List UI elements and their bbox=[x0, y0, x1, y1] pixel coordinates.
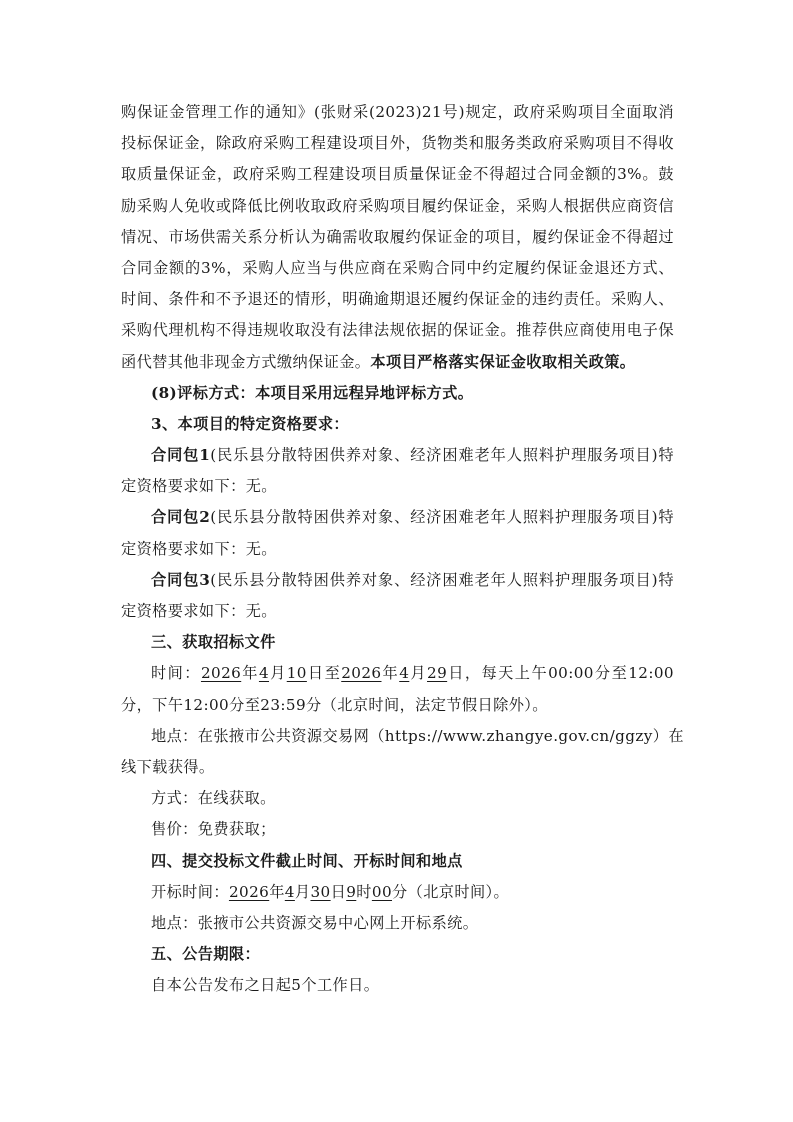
start-year: 2026 bbox=[201, 664, 241, 682]
opening-time-suffix: 分（北京时间）。 bbox=[392, 883, 509, 901]
package-2-desc: (民乐县分散特困供养对象、经济困难老年人照料护理服务项目)特 bbox=[210, 508, 674, 526]
year-char: 年 bbox=[269, 883, 285, 901]
package-1-line-1: 合同包1(民乐县分散特困供养对象、经济困难老年人照料护理服务项目)特 bbox=[121, 440, 674, 471]
opening-time: 开标时间：2026年4月30日9时00分（北京时间）。 bbox=[121, 877, 674, 908]
month-char: 月 bbox=[269, 664, 287, 682]
guarantee-line-3: 取质量保证金，政府采购工程建设项目质量保证金不得超过合同金额的3%。鼓 bbox=[121, 159, 674, 190]
hour-char: 时 bbox=[356, 883, 372, 901]
package-3-label: 合同包3 bbox=[151, 571, 210, 589]
package-3-desc: (民乐县分散特困供养对象、经济困难老年人照料护理服务项目)特 bbox=[210, 571, 674, 589]
obtain-time-line-1: 时间：2026年4月10日至2026年4月29日，每天上午00:00分至12:0… bbox=[121, 658, 674, 689]
guarantee-line-9: 函代替其他非现金方式缴纳保证金。本项目严格落实保证金收取相关政策。 bbox=[121, 347, 674, 378]
daily-hours-text: 日，每天上午00:00分至12:00 bbox=[447, 664, 674, 682]
guarantee-line-6: 合同金额的3%，采购人应当与供应商在采购合同中约定履约保证金退还方式、 bbox=[121, 253, 674, 284]
opening-location: 地点：张掖市公共资源交易中心网上开标系统。 bbox=[121, 908, 674, 939]
open-hour: 9 bbox=[346, 883, 356, 901]
section-3-heading: 三、获取招标文件 bbox=[121, 627, 674, 658]
announcement-period: 自本公告发布之日起5个工作日。 bbox=[121, 970, 674, 1001]
guarantee-line-5: 情况、市场供需关系分析认为确需收取履约保证金的项目，履约保证金不得超过 bbox=[121, 222, 674, 253]
package-1-desc: (民乐县分散特困供养对象、经济困难老年人照料护理服务项目)特 bbox=[210, 446, 674, 464]
obtain-location-line-1: 地点：在张掖市公共资源交易网（https://www.zhangye.gov.c… bbox=[121, 721, 674, 752]
month-char: 月 bbox=[409, 664, 427, 682]
open-minute: 00 bbox=[372, 883, 392, 901]
start-month: 4 bbox=[259, 664, 269, 682]
guarantee-policy-emphasis: 本项目严格落实保证金收取相关政策。 bbox=[370, 353, 635, 371]
package-1-label: 合同包1 bbox=[151, 446, 210, 464]
year-char: 年 bbox=[241, 664, 259, 682]
end-month: 4 bbox=[399, 664, 409, 682]
package-2-line-1: 合同包2(民乐县分散特困供养对象、经济困难老年人照料护理服务项目)特 bbox=[121, 502, 674, 533]
month-char: 月 bbox=[295, 883, 311, 901]
guarantee-line-2: 投标保证金，除政府采购工程建设项目外，货物类和服务类政府采购项目不得收 bbox=[121, 128, 674, 159]
start-day: 10 bbox=[287, 664, 307, 682]
obtain-price: 售价：免费获取； bbox=[121, 814, 674, 845]
guarantee-line-4: 励采购人免收或降低比例收取政府采购项目履约保证金，采购人根据供应商资信 bbox=[121, 191, 674, 222]
obtain-time-line-2: 分，下午12:00分至23:59分（北京时间，法定节假日除外）。 bbox=[121, 690, 674, 721]
package-3-line-1: 合同包3(民乐县分散特困供养对象、经济困难老年人照料护理服务项目)特 bbox=[121, 565, 674, 596]
obtain-time-label: 时间： bbox=[151, 664, 201, 682]
obtain-location-line-2: 线下载获得。 bbox=[121, 752, 674, 783]
section-5-heading: 五、公告期限： bbox=[121, 939, 674, 970]
guarantee-line-8: 采购代理机构不得违规收取没有法律法规依据的保证金。推荐供应商使用电子保 bbox=[121, 315, 674, 346]
guarantee-line-1: 购保证金管理工作的通知》(张财采(2023)21号)规定，政府采购项目全面取消 bbox=[121, 97, 674, 128]
day-char: 日 bbox=[331, 883, 347, 901]
guarantee-normal-text: 函代替其他非现金方式缴纳保证金。 bbox=[121, 353, 370, 371]
package-2-label: 合同包2 bbox=[151, 508, 210, 526]
day-to-text: 日至 bbox=[307, 664, 341, 682]
section-4-heading: 四、提交投标文件截止时间、开标时间和地点 bbox=[121, 846, 674, 877]
document-page: 购保证金管理工作的通知》(张财采(2023)21号)规定，政府采购项目全面取消 … bbox=[121, 97, 674, 1001]
package-1-line-2: 定资格要求如下：无。 bbox=[121, 471, 674, 502]
package-3-line-2: 定资格要求如下：无。 bbox=[121, 596, 674, 627]
open-month: 4 bbox=[285, 883, 295, 901]
end-day: 29 bbox=[427, 664, 447, 682]
open-day: 30 bbox=[310, 883, 330, 901]
open-year: 2026 bbox=[229, 883, 269, 901]
opening-time-label: 开标时间： bbox=[151, 883, 229, 901]
qualification-heading: 3、本项目的特定资格要求： bbox=[121, 409, 674, 440]
evaluation-method: (8)评标方式：本项目采用远程异地评标方式。 bbox=[121, 378, 674, 409]
end-year: 2026 bbox=[341, 664, 381, 682]
guarantee-line-7: 时间、条件和不予退还的情形，明确逾期退还履约保证金的违约责任。采购人、 bbox=[121, 284, 674, 315]
year-char: 年 bbox=[382, 664, 400, 682]
package-2-line-2: 定资格要求如下：无。 bbox=[121, 534, 674, 565]
obtain-method: 方式：在线获取。 bbox=[121, 783, 674, 814]
